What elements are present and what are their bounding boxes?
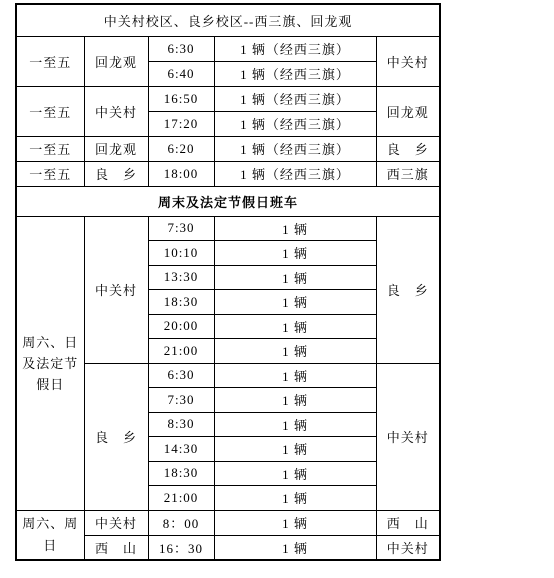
time-cell: 21:00 [148,486,214,511]
table-body: 中关村校区、良乡校区--西三旗、回龙观一至五回龙观6:301 辆（经西三旗）中关… [16,4,440,560]
vehicles-cell: 1 辆 [214,363,376,388]
time-cell: 18:30 [148,290,214,315]
destination-cell: 回龙观 [376,86,440,136]
table-row: 周末及法定节假日班车 [16,186,440,216]
vehicles-cell: 1 辆 [214,412,376,437]
table-row: 一至五回龙观6:201 辆（经西三旗）良 乡 [16,136,440,161]
origin-cell: 良 乡 [84,161,148,186]
destination-cell: 良 乡 [376,136,440,161]
destination-cell: 西 山 [376,510,440,535]
vehicles-cell: 1 辆 [214,510,376,535]
time-cell: 20:00 [148,314,214,339]
vehicles-cell: 1 辆 [214,388,376,413]
table-title-cell: 中关村校区、良乡校区--西三旗、回龙观 [16,4,440,36]
time-cell: 10:10 [148,241,214,266]
vehicles-cell: 1 辆 [214,461,376,486]
day-cell: 周六、周日 [16,510,84,560]
day-cell: 一至五 [16,136,84,161]
vehicles-cell: 1 辆 [214,241,376,266]
destination-cell: 良 乡 [376,216,440,363]
vehicles-cell: 1 辆 [214,535,376,560]
vehicles-cell: 1 辆 [214,339,376,364]
vehicles-cell: 1 辆（经西三旗） [214,161,376,186]
origin-cell: 中关村 [84,216,148,363]
destination-cell: 中关村 [376,535,440,560]
origin-cell: 回龙观 [84,36,148,86]
origin-cell: 中关村 [84,510,148,535]
vehicles-cell: 1 辆 [214,216,376,241]
time-cell: 7:30 [148,216,214,241]
page: 中关村校区、良乡校区--西三旗、回龙观一至五回龙观6:301 辆（经西三旗）中关… [0,0,554,578]
day-cell: 一至五 [16,86,84,136]
vehicles-cell: 1 辆（经西三旗） [214,111,376,136]
time-cell: 16：30 [148,535,214,560]
destination-cell: 西三旗 [376,161,440,186]
time-cell: 17:20 [148,111,214,136]
table-row: 中关村校区、良乡校区--西三旗、回龙观 [16,4,440,36]
time-cell: 8:30 [148,412,214,437]
time-cell: 18:30 [148,461,214,486]
vehicles-cell: 1 辆 [214,486,376,511]
origin-cell: 良 乡 [84,363,148,510]
time-cell: 6:20 [148,136,214,161]
vehicles-cell: 1 辆（经西三旗） [214,61,376,86]
time-cell: 6:30 [148,36,214,61]
table-row: 周六、日及法定节假日中关村7:301 辆良 乡 [16,216,440,241]
section-header-cell: 周末及法定节假日班车 [16,186,440,216]
time-cell: 6:30 [148,363,214,388]
table-row: 周六、周日中关村8：001 辆西 山 [16,510,440,535]
time-cell: 6:40 [148,61,214,86]
destination-cell: 中关村 [376,363,440,510]
table-row: 一至五中关村16:501 辆（经西三旗）回龙观 [16,86,440,111]
vehicles-cell: 1 辆（经西三旗） [214,136,376,161]
day-cell: 一至五 [16,161,84,186]
day-cell: 一至五 [16,36,84,86]
day-cell: 周六、日及法定节假日 [16,216,84,510]
bus-schedule-table: 中关村校区、良乡校区--西三旗、回龙观一至五回龙观6:301 辆（经西三旗）中关… [15,3,441,561]
time-cell: 7:30 [148,388,214,413]
vehicles-cell: 1 辆 [214,265,376,290]
time-cell: 21:00 [148,339,214,364]
table-row: 一至五回龙观6:301 辆（经西三旗）中关村 [16,36,440,61]
origin-cell: 西 山 [84,535,148,560]
origin-cell: 回龙观 [84,136,148,161]
time-cell: 14:30 [148,437,214,462]
origin-cell: 中关村 [84,86,148,136]
vehicles-cell: 1 辆 [214,290,376,315]
destination-cell: 中关村 [376,36,440,86]
time-cell: 13:30 [148,265,214,290]
time-cell: 8：00 [148,510,214,535]
table-row: 一至五良 乡18:001 辆（经西三旗）西三旗 [16,161,440,186]
vehicles-cell: 1 辆（经西三旗） [214,36,376,61]
vehicles-cell: 1 辆 [214,437,376,462]
time-cell: 18:00 [148,161,214,186]
time-cell: 16:50 [148,86,214,111]
vehicles-cell: 1 辆（经西三旗） [214,86,376,111]
vehicles-cell: 1 辆 [214,314,376,339]
